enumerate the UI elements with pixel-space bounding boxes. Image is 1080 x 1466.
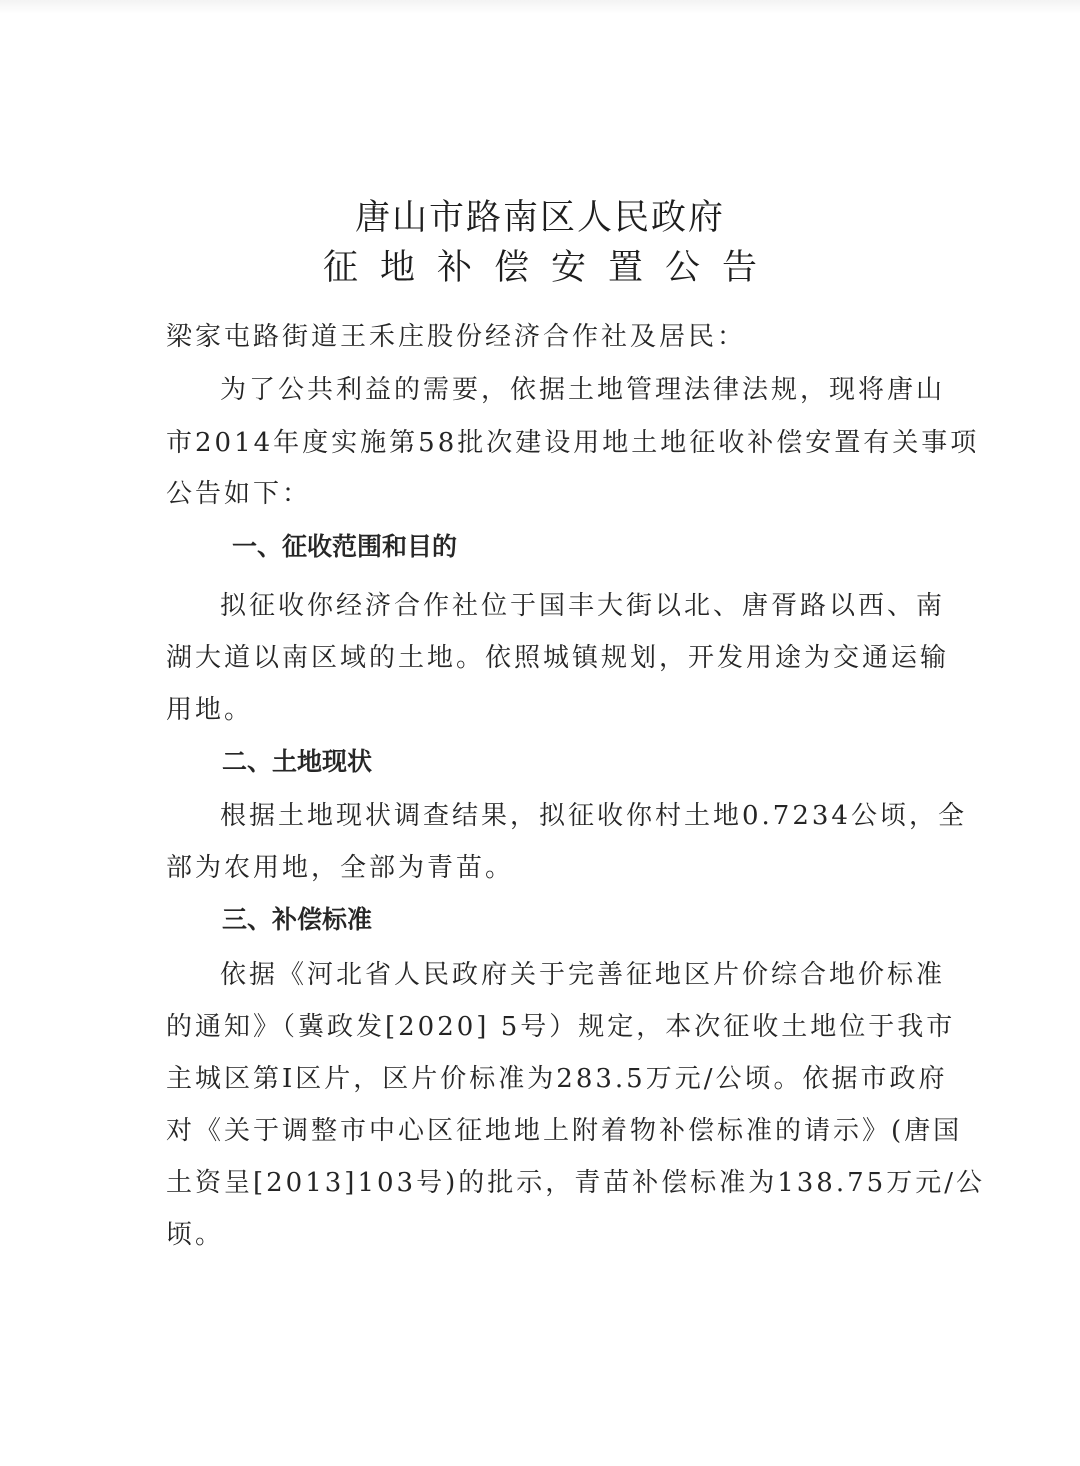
document-page: 唐山市路南区人民政府 征地补偿安置公告 梁家屯路街道王禾庄股份经济合作社及居民：… [0,0,1080,1466]
section-line: 对《关于调整市中心区征地地上附着物补偿标准的请示》(唐国 [166,1118,916,1144]
intro-line: 市2014年度实施第58批次建设用地土地征收补偿安置有关事项 [166,430,916,456]
document-title-issuer: 唐山市路南区人民政府 [0,190,1080,240]
section-line: 拟征收你经济合作社位于国丰大街以北、唐胥路以西、南 [166,593,970,619]
section-line: 依据《河北省人民政府关于完善征地区片价综合地价标准 [166,962,970,988]
section-line: 主城区第Ⅰ区片，区片价标准为283.5万元/公顷。依据市政府 [166,1066,916,1092]
intro-line: 为了公共利益的需要，依据土地管理法律法规，现将唐山 [166,377,970,403]
section-line: 土资呈[2013]103号)的批示，青苗补偿标准为138.75万元/公 [166,1170,916,1196]
section-line: 的通知》（冀政发[2020] 5号）规定，本次征收土地位于我市 [166,1014,916,1040]
addressee: 梁家屯路街道王禾庄股份经济合作社及居民： [166,324,916,350]
intro-line: 公告如下： [166,481,916,507]
section-heading-scope: 一、征收范围和目的 [232,534,457,559]
section-line: 顷。 [166,1222,916,1248]
section-line: 根据土地现状调查结果，拟征收你村土地0.7234公顷，全 [166,803,970,829]
section-heading-compensation: 三、补偿标准 [222,907,372,932]
document-title-subject: 征地补偿安置公告 [0,240,1080,290]
section-line: 部为农用地，全部为青苗。 [166,855,916,881]
section-heading-land-status: 二、土地现状 [222,749,372,774]
section-line: 湖大道以南区域的土地。依照城镇规划，开发用途为交通运输 [166,645,916,671]
section-line: 用地。 [166,697,916,723]
